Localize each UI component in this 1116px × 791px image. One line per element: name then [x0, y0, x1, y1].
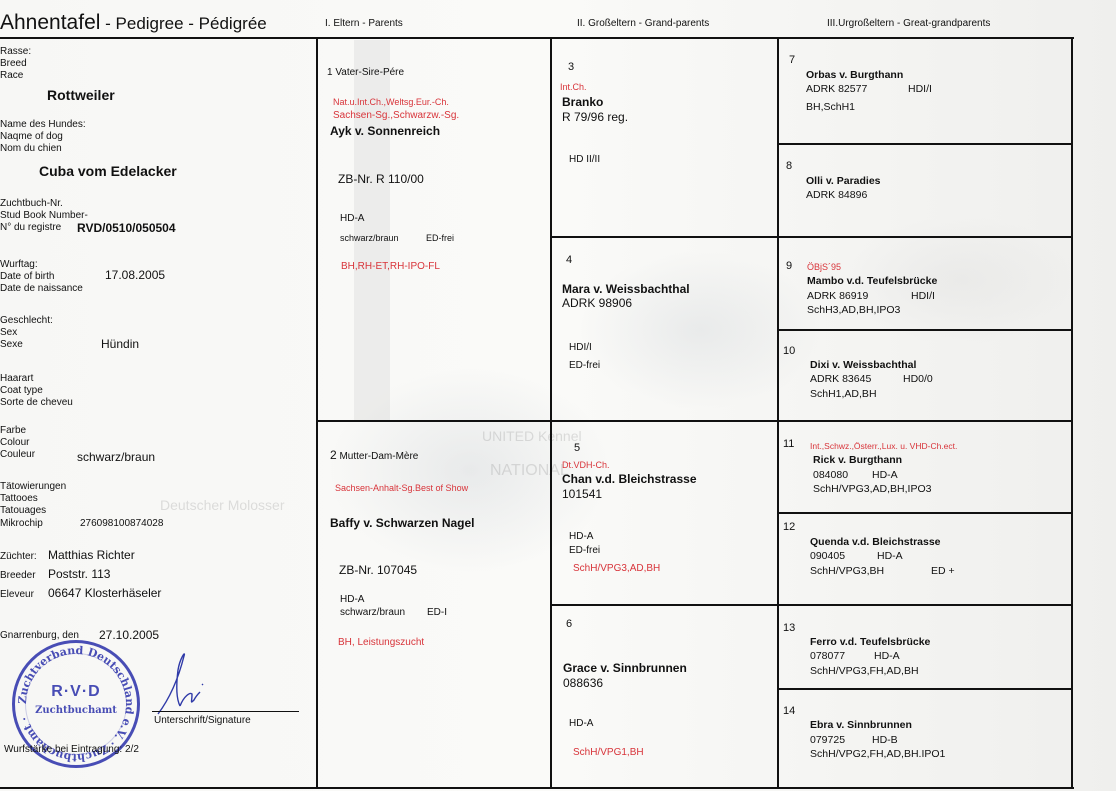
- greatgrandparent-achievements: SchH1,AD,BH: [810, 388, 877, 400]
- grid-divider: [777, 37, 779, 789]
- cell-number: 8: [786, 160, 792, 172]
- greatgrandparent-reg: ADRK 86919: [807, 290, 868, 302]
- grid-divider: [316, 37, 318, 789]
- parent-reg: ZB-Nr. R 110/00: [338, 172, 424, 186]
- grid-divider: [550, 236, 1073, 238]
- document-title: Ahnentafel - Pedigree - Pédigrée: [0, 11, 267, 35]
- pedigree-document: Deutscher Molosser UNITED Kennel NATIONA…: [0, 0, 1116, 791]
- greatgrandparent-name: Olli v. Paradies: [806, 175, 881, 187]
- sex-label: Geschlecht:SexSexe: [0, 315, 53, 351]
- grandparent-reg: ADRK 98906: [562, 296, 632, 310]
- grid-divider: [777, 329, 1073, 331]
- cell-number: 12: [783, 521, 795, 533]
- greatgrandparent-reg: 090405: [810, 550, 845, 562]
- greatgrandparent-achievements: SchH/VPG2,FH,AD,BH.IPO1: [810, 748, 945, 760]
- parent-title: Nat.u.Int.Ch.,Weltsg.Eur.-Ch.: [333, 97, 449, 107]
- greatgrandparent-hd: HDI/I: [908, 83, 932, 95]
- parent-name: Ayk v. Sonnenreich: [330, 124, 440, 138]
- parent-hd: HD-A: [340, 213, 364, 224]
- greatgrandparent-hd: HD-A: [874, 650, 900, 662]
- grid-top-border: [0, 37, 1074, 39]
- grandparent-ed: ED-frei: [569, 360, 600, 371]
- grandparent-title: Dt.VDH-Ch.: [562, 460, 610, 470]
- grandparent-achievements: SchH/VPG3,AD,BH: [573, 563, 660, 574]
- parent-title: Sachsen-Anhalt-Sg.Best of Show: [335, 483, 468, 493]
- grandparent-title: Int.Ch.: [560, 82, 587, 92]
- greatgrandparent-achievements: SchH/VPG3,BH: [810, 565, 884, 577]
- parent-role: 2 Mutter-Dam-Mère: [330, 448, 418, 462]
- cell-number: 10: [783, 345, 795, 357]
- breeder-labels: Züchter:BreederEleveur: [0, 547, 37, 604]
- breed-label: Rasse:BreedRace: [0, 46, 31, 82]
- studbook-value: RVD/0510/050504: [77, 221, 176, 235]
- cell-number: 5: [574, 442, 580, 454]
- colour-value: schwarz/braun: [77, 450, 155, 464]
- column-header-parents: I. Eltern - Parents: [325, 18, 403, 29]
- greatgrandparent-achievements: BH,SchH1: [806, 101, 855, 113]
- stamp-center-text: R·V·D: [15, 683, 137, 701]
- title-main: Ahnentafel: [0, 11, 100, 34]
- greatgrandparent-reg: ADRK 84896: [806, 189, 867, 201]
- parent-title: Sachsen-Sg.,Schwarzw.-Sg.: [333, 110, 459, 121]
- cell-number: 13: [783, 622, 795, 634]
- grandparent-reg: 101541: [562, 487, 602, 501]
- greatgrandparent-reg: 084080: [813, 469, 848, 481]
- cell-number: 7: [789, 54, 795, 66]
- stamp-sub-text: Zuchtbuchamt: [15, 705, 137, 716]
- greatgrandparent-name: Quenda v.d. Bleichstrasse: [810, 536, 941, 548]
- cell-number: 9: [786, 260, 792, 272]
- greatgrandparent-name: Orbas v. Burgthann: [806, 69, 903, 81]
- greatgrandparent-reg: 079725: [810, 734, 845, 746]
- grandparent-hd: HD-A: [569, 718, 593, 729]
- cell-number: 14: [783, 705, 795, 717]
- parent-colour: schwarz/braun: [340, 607, 405, 618]
- microchip-label: Mikrochip: [0, 518, 43, 530]
- dog-name-value: Cuba vom Edelacker: [39, 163, 177, 179]
- signature-line: [152, 711, 299, 712]
- tattoo-label: TätowierungenTattooesTatouages: [0, 481, 66, 517]
- studbook-label: Zuchtbuch-Nr.Stud Book Number-N° du regi…: [0, 198, 88, 234]
- greatgrandparent-ed: ED +: [931, 565, 955, 577]
- parent-role: 1 Vater-Sire-Pére: [327, 67, 404, 78]
- greatgrandparent-title: ÖBjS´95: [807, 262, 841, 272]
- signature-label: Unterschrift/Signature: [154, 715, 251, 726]
- greatgrandparent-hd: HDI/I: [911, 290, 935, 302]
- greatgrandparent-name: Ebra v. Sinnbrunnen: [810, 719, 912, 731]
- grid-divider: [777, 512, 1073, 514]
- grandparent-reg: 088636: [563, 676, 603, 690]
- grid-divider: [550, 604, 1073, 606]
- parent-ed: ED-frei: [426, 233, 454, 243]
- cell-number: 3: [568, 61, 574, 73]
- grid-bottom-border: [0, 787, 1074, 789]
- parent-reg: ZB-Nr. 107045: [339, 563, 417, 577]
- grandparent-hd: HDI/I: [569, 342, 592, 353]
- signature-icon: [150, 648, 220, 718]
- parent-achievements: BH, Leistungszucht: [338, 637, 424, 648]
- sex-value: Hündin: [101, 337, 139, 351]
- grandparent-hd: HD-A: [569, 531, 593, 542]
- greatgrandparent-achievements: SchH3,AD,BH,IPO3: [807, 304, 900, 316]
- column-header-greatgrandparents: III.Urgroßeltern - Great-grandparents: [827, 18, 990, 29]
- grid-divider: [316, 420, 1073, 422]
- greatgrandparent-achievements: SchH/VPG3,AD,BH,IPO3: [813, 483, 931, 495]
- breed-value: Rottweiler: [47, 87, 115, 103]
- dog-name-label: Name des Hundes:Naqme of dogNom du chien: [0, 119, 86, 155]
- cell-number: 4: [566, 254, 572, 266]
- greatgrandparent-hd: HD-A: [872, 469, 898, 481]
- cell-number: 6: [566, 618, 572, 630]
- dob-value: 17.08.2005: [105, 268, 165, 282]
- column-header-grandparents: II. Großeltern - Grand-parents: [577, 18, 709, 29]
- greatgrandparent-name: Dixi v. Weissbachthal: [810, 359, 916, 371]
- watermark-text: Deutscher Molosser: [160, 497, 285, 513]
- grid-divider: [777, 688, 1073, 690]
- greatgrandparent-reg: ADRK 82577: [806, 83, 867, 95]
- greatgrandparent-reg: ADRK 83645: [810, 373, 871, 385]
- cell-number: 11: [783, 438, 794, 450]
- parent-achievements: BH,RH-ET,RH-IPO-FL: [341, 261, 440, 272]
- grandparent-name: Grace v. Sinnbrunnen: [563, 661, 687, 675]
- greatgrandparent-hd: HD-B: [872, 734, 898, 746]
- greatgrandparent-name: Rick v. Burgthann: [813, 454, 902, 466]
- grandparent-achievements: SchH/VPG1,BH: [573, 747, 644, 758]
- greatgrandparent-hd: HD0/0: [903, 373, 933, 385]
- grandparent-name: Branko: [562, 95, 603, 109]
- parent-ed: ED-I: [427, 607, 447, 618]
- greatgrandparent-name: Mambo v.d. Teufelsbrücke: [807, 275, 937, 287]
- greatgrandparent-achievements: SchH/VPG3,FH,AD,BH: [810, 665, 919, 677]
- microchip-value: 276098100874028: [80, 518, 163, 529]
- grandparent-name: Chan v.d. Bleichstrasse: [562, 472, 697, 486]
- coat-label: HaarartCoat typeSorte de cheveu: [0, 373, 73, 409]
- grid-right-border: [1071, 37, 1073, 789]
- watermark-text: NATIONAL: [490, 462, 569, 480]
- parent-colour: schwarz/braun: [340, 233, 399, 243]
- parent-hd: HD-A: [340, 594, 364, 605]
- grid-divider: [777, 143, 1073, 145]
- parent-name: Baffy v. Schwarzen Nagel: [330, 516, 475, 530]
- breeder-address: Matthias RichterPoststr. 11306647 Kloste…: [48, 546, 161, 603]
- grandparent-name: Mara v. Weissbachthal: [562, 282, 690, 296]
- grandparent-hd: HD II/II: [569, 154, 600, 165]
- greatgrandparent-title: Int.,Schwz.,Österr.,Lux. u. VHD-Ch.ect.: [810, 441, 957, 451]
- greatgrandparent-reg: 078077: [810, 650, 845, 662]
- grandparent-reg: R 79/96 reg.: [562, 110, 628, 124]
- greatgrandparent-hd: HD-A: [877, 550, 903, 562]
- watermark-text: UNITED Kennel: [482, 428, 582, 444]
- greatgrandparent-name: Ferro v.d. Teufelsbrücke: [810, 636, 930, 648]
- litter-size: Wurfstärke bei Eintragung: 2/2: [4, 744, 139, 755]
- title-sub: - Pedigree - Pédigrée: [100, 14, 266, 33]
- colour-label: FarbeColourCouleur: [0, 425, 35, 461]
- grid-divider: [550, 37, 552, 789]
- dob-label: Wurftag:Date of birthDate de naissance: [0, 259, 83, 295]
- grandparent-ed: ED-frei: [569, 545, 600, 556]
